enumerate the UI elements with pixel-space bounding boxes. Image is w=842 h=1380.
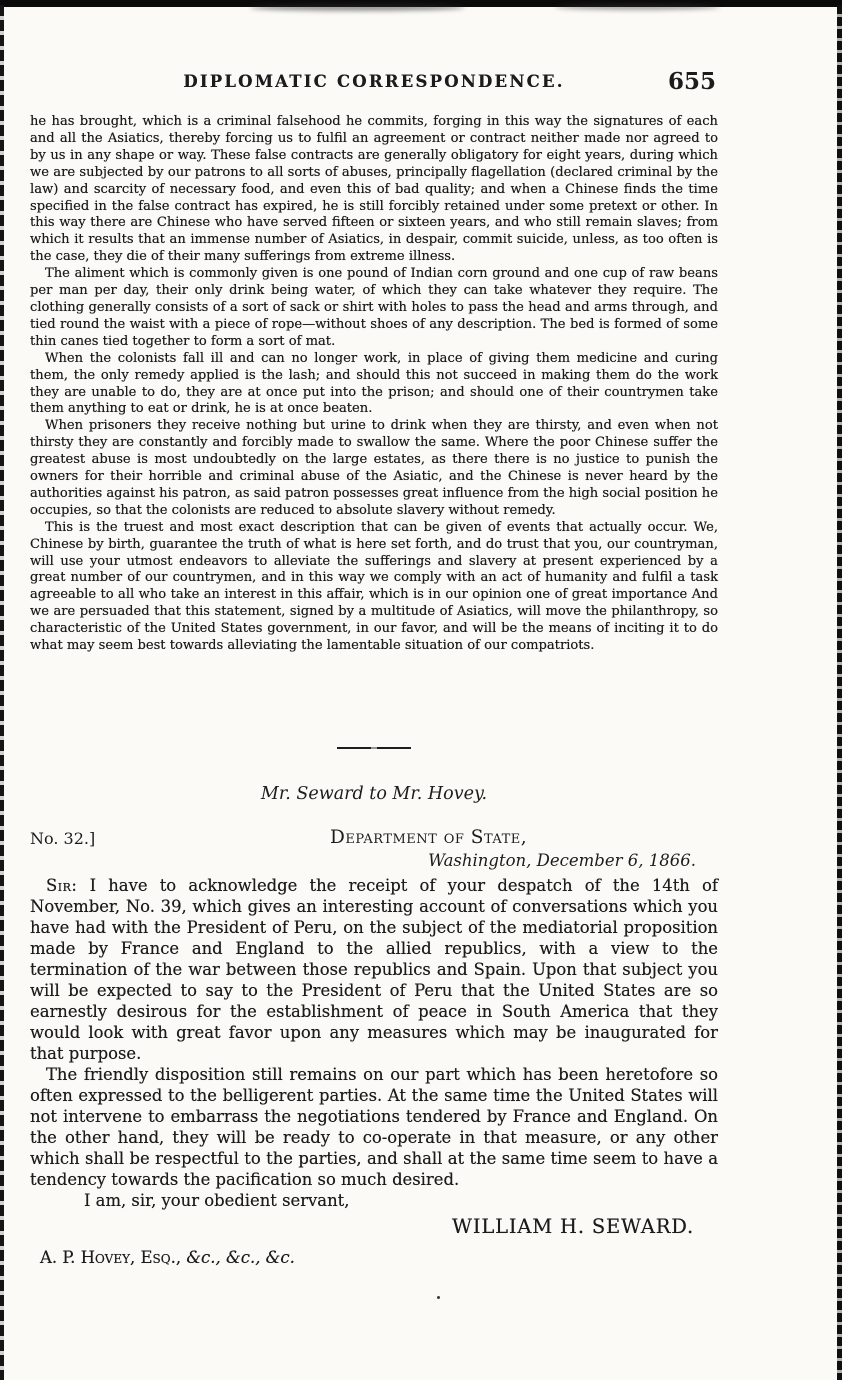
letter-closing: I am, sir, your obedient servant, (30, 1190, 718, 1211)
letter-dateline: Washington, December 6, 1866. (30, 851, 718, 870)
letter-paragraph-text: I have to acknowledge the receipt of you… (30, 876, 718, 1063)
letter-paragraph: Sir: I have to acknowledge the receipt o… (30, 875, 718, 1064)
letter-docline: No. 32.] Department of State, (30, 827, 718, 849)
scan-speck (437, 1296, 440, 1299)
scan-artifact-top-edge (0, 0, 842, 7)
statement-paragraph: When the colonists fall ill and can no l… (30, 351, 718, 419)
page-number: 655 (668, 68, 716, 95)
scanned-document-page: DIPLOMATIC CORRESPONDENCE. 655 he has br… (0, 0, 842, 1380)
scan-artifact-right-edge (837, 5, 842, 1380)
statement-paragraph: When prisoners they receive nothing but … (30, 418, 718, 519)
addressee-name: A. P. Hovey, Esq., (40, 1248, 186, 1267)
letter-signature: WILLIAM H. SEWARD. (30, 1216, 718, 1237)
letter-heading: Mr. Seward to Mr. Hovey. (30, 784, 718, 804)
statement-paragraph: The aliment which is commonly given is o… (30, 266, 718, 351)
letter-paragraph: The friendly disposition still remains o… (30, 1064, 718, 1190)
addressee-etcetera: &c., &c., &c. (186, 1248, 295, 1267)
page-title: DIPLOMATIC CORRESPONDENCE. (183, 72, 564, 91)
letter-addressee: A. P. Hovey, Esq., &c., &c., &c. (30, 1247, 718, 1268)
statement-paragraph: This is the truest and most exact descri… (30, 520, 718, 655)
letter-number: No. 32.] (30, 829, 95, 848)
scan-artifact-left-edge (0, 5, 4, 1380)
statement-paragraph: he has brought, which is a criminal fals… (30, 114, 718, 266)
statement-text-block: he has brought, which is a criminal fals… (30, 114, 718, 655)
section-divider-rule (337, 747, 411, 749)
letter-salutation: Sir: (46, 876, 77, 895)
letter-body: Sir: I have to acknowledge the receipt o… (30, 875, 718, 1268)
running-header: DIPLOMATIC CORRESPONDENCE. 655 (30, 72, 718, 91)
letter-department: Department of State, (330, 827, 527, 848)
